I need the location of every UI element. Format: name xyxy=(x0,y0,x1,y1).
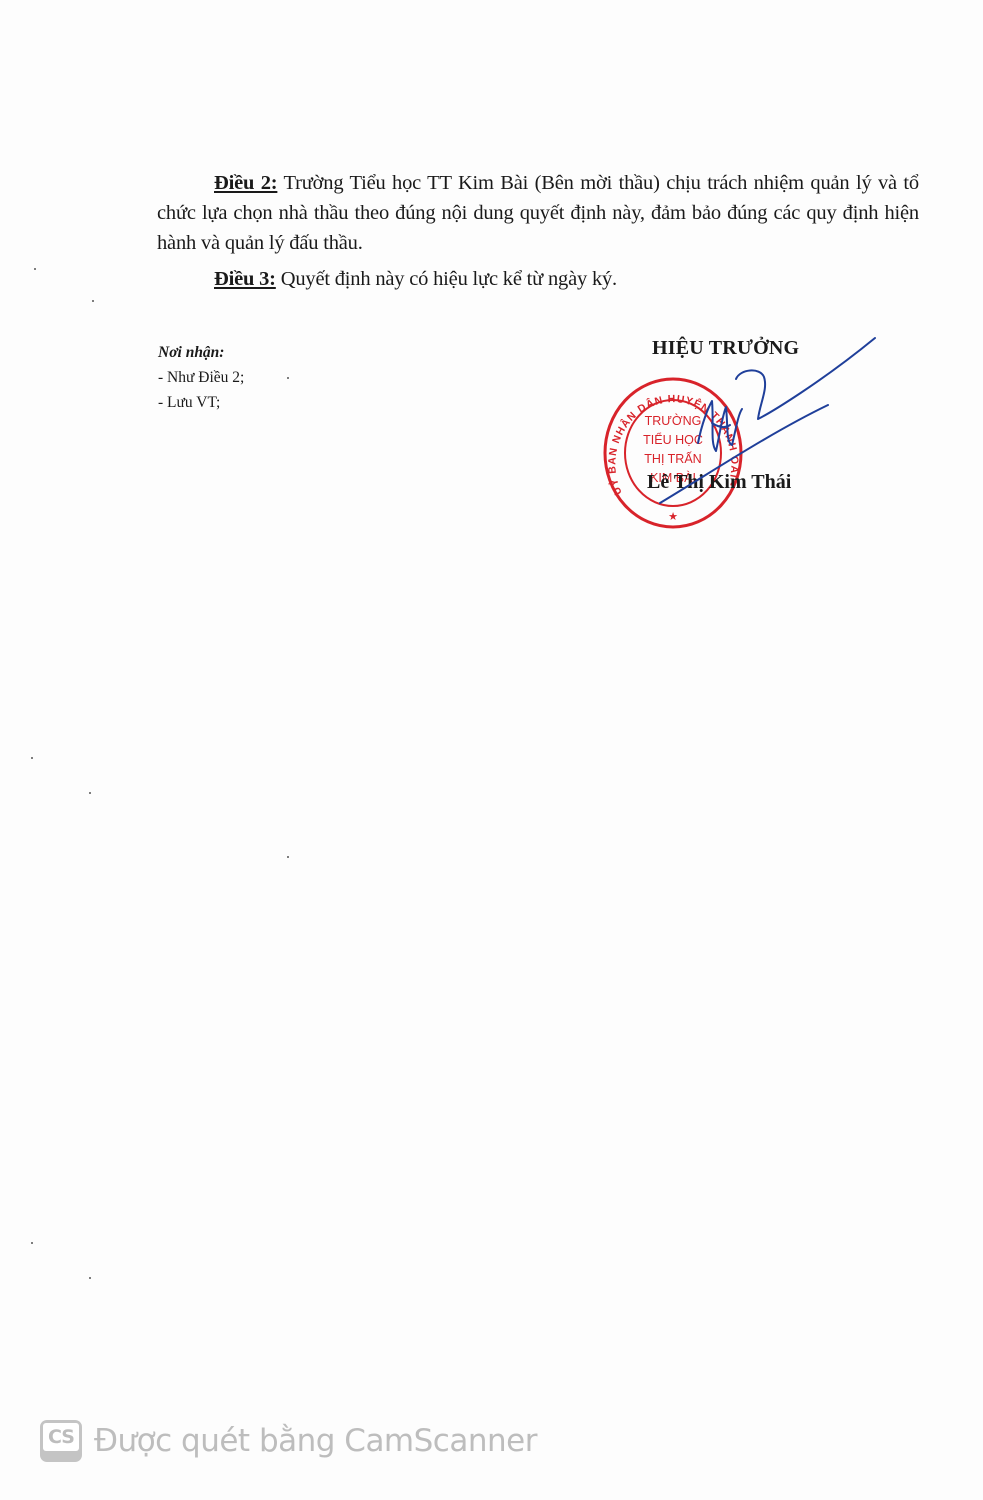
camscanner-watermark: CS Được quét bằng CamScanner xyxy=(40,1420,537,1462)
recipient-item: - Như Điều 2; xyxy=(158,365,244,390)
scan-speck xyxy=(89,792,91,794)
scan-speck xyxy=(31,757,33,759)
article-2: Điều 2: Trường Tiểu học TT Kim Bài (Bên … xyxy=(157,168,919,258)
scan-speck xyxy=(287,856,289,858)
scan-speck xyxy=(287,377,289,379)
article-3-text: Quyết định này có hiệu lực kể từ ngày ký… xyxy=(276,268,617,290)
recipient-item: - Lưu VT; xyxy=(158,390,244,415)
watermark-text: Được quét bằng CamScanner xyxy=(94,1423,537,1459)
svg-text:TRƯỜNG: TRƯỜNG xyxy=(645,413,702,428)
recipients-heading: Nơi nhận: xyxy=(158,340,244,365)
recipients-block: Nơi nhận: - Như Điều 2; - Lưu VT; xyxy=(158,340,244,415)
camscanner-logo-icon: CS xyxy=(40,1420,82,1462)
svg-text:TIỂU HỌC: TIỂU HỌC xyxy=(643,432,703,447)
scan-speck xyxy=(31,1242,33,1244)
svg-text:THỊ TRẤN: THỊ TRẤN xyxy=(644,451,701,466)
scan-speck xyxy=(34,268,36,270)
svg-text:★: ★ xyxy=(668,511,678,523)
scanned-page: Điều 2: Trường Tiểu học TT Kim Bài (Bên … xyxy=(0,0,983,1500)
signature-block: HIỆU TRƯỞNG UỶ BAN NHÂN DÂN HUYỆN THANH … xyxy=(600,333,880,543)
signer-name: Lê Thị Kim Thái xyxy=(647,471,791,494)
article-3-label: Điều 3: xyxy=(214,268,276,290)
article-2-label: Điều 2: xyxy=(214,172,277,194)
article-3: Điều 3: Quyết định này có hiệu lực kể từ… xyxy=(157,264,919,294)
document-body: Điều 2: Trường Tiểu học TT Kim Bài (Bên … xyxy=(157,168,919,300)
signer-title: HIỆU TRƯỞNG xyxy=(652,337,799,360)
scan-speck xyxy=(89,1277,91,1279)
official-stamp-icon: UỶ BAN NHÂN DÂN HUYỆN THANH OAI - HÀ NỘI… xyxy=(600,373,745,533)
scan-speck xyxy=(92,300,94,302)
